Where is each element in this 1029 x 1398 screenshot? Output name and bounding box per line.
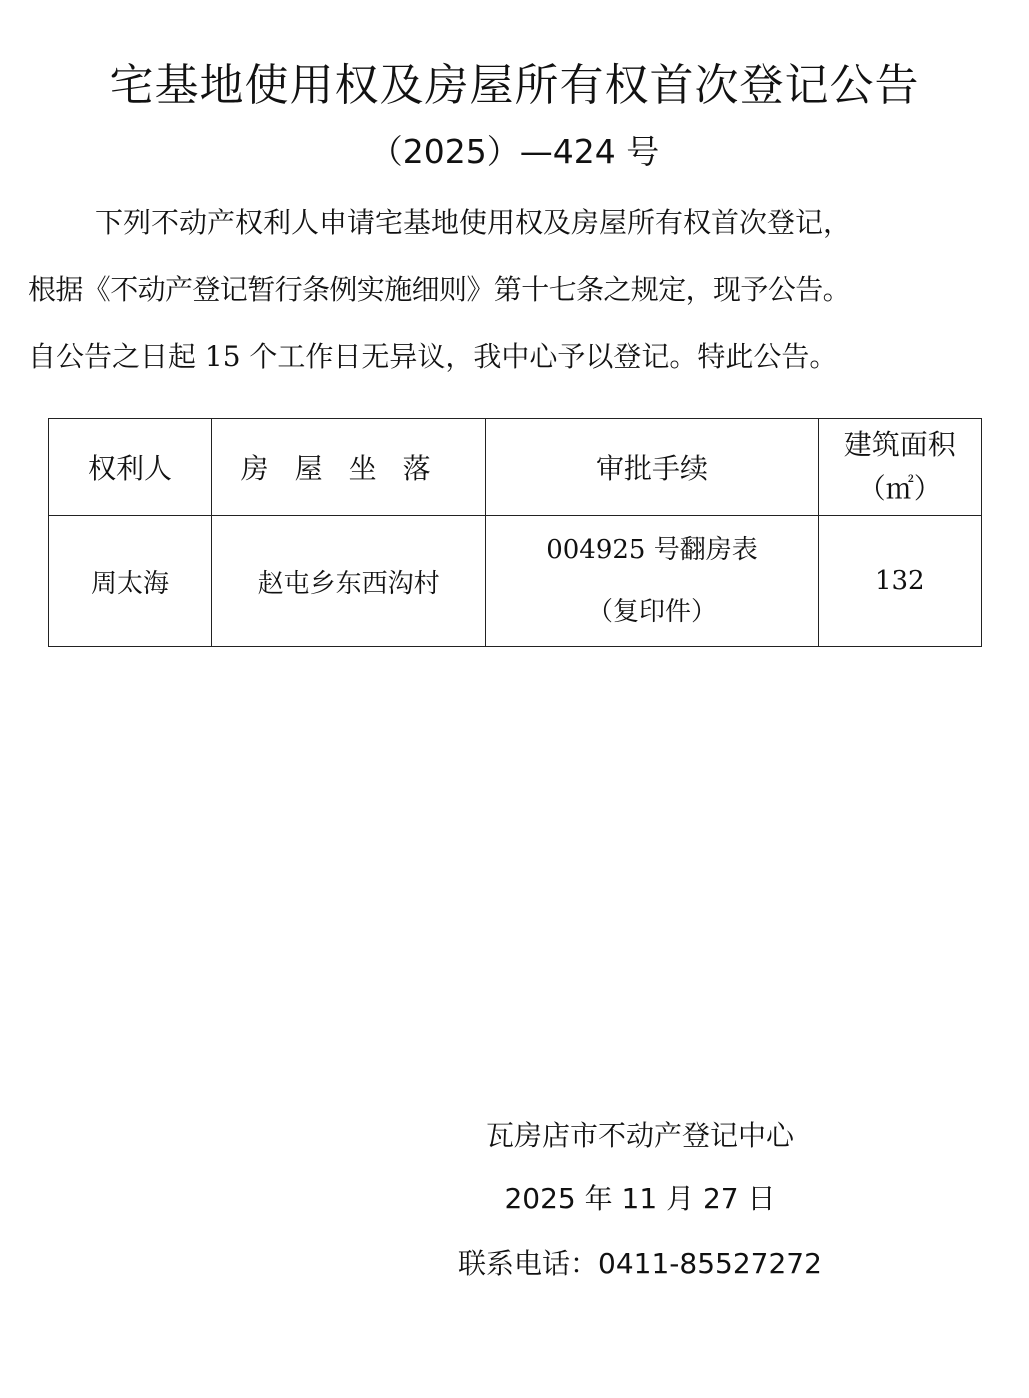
registration-table: 权利人 房屋坐落 审批手续 建筑面积 （㎡） 周太海 赵屯乡东西沟村 00492… [48, 418, 982, 647]
cell-location: 赵屯乡东西沟村 [211, 516, 485, 647]
header-approval: 审批手续 [486, 419, 818, 516]
header-owner: 权利人 [49, 419, 212, 516]
cell-approval-line-2: （复印件） [486, 581, 817, 643]
header-area-unit: （㎡） [819, 467, 981, 511]
header-location-label: 房屋坐落 [241, 452, 457, 485]
document-number: （2025）—424 号 [0, 130, 1029, 174]
header-area-label: 建筑面积 [819, 423, 981, 467]
cell-approval-line-1: 004925 号翻房表 [486, 519, 817, 581]
cell-area: 132 [818, 516, 981, 647]
footer-organization: 瓦房店市不动产登记中心 [0, 1116, 1029, 1156]
footer-date: 2025 年 11 月 27 日 [0, 1179, 1029, 1219]
body-paragraph-line-1: 下列不动产权利人申请宅基地使用权及房屋所有权首次登记， [95, 203, 851, 243]
body-paragraph-line-3: 自公告之日起 15 个工作日无异议，我中心予以登记。特此公告。 [28, 337, 837, 377]
cell-approval: 004925 号翻房表 （复印件） [486, 516, 818, 647]
body-paragraph-line-2: 根据《不动产登记暂行条例实施细则》第十七条之规定，现予公告。 [28, 270, 850, 310]
header-area: 建筑面积 （㎡） [818, 419, 981, 516]
table-header-row: 权利人 房屋坐落 审批手续 建筑面积 （㎡） [49, 419, 982, 516]
table-row: 周太海 赵屯乡东西沟村 004925 号翻房表 （复印件） 132 [49, 516, 982, 647]
document-title: 宅基地使用权及房屋所有权首次登记公告 [0, 58, 1029, 114]
cell-owner: 周太海 [49, 516, 212, 647]
header-location: 房屋坐落 [211, 419, 485, 516]
footer-contact: 联系电话：0411-85527272 [0, 1244, 1029, 1284]
